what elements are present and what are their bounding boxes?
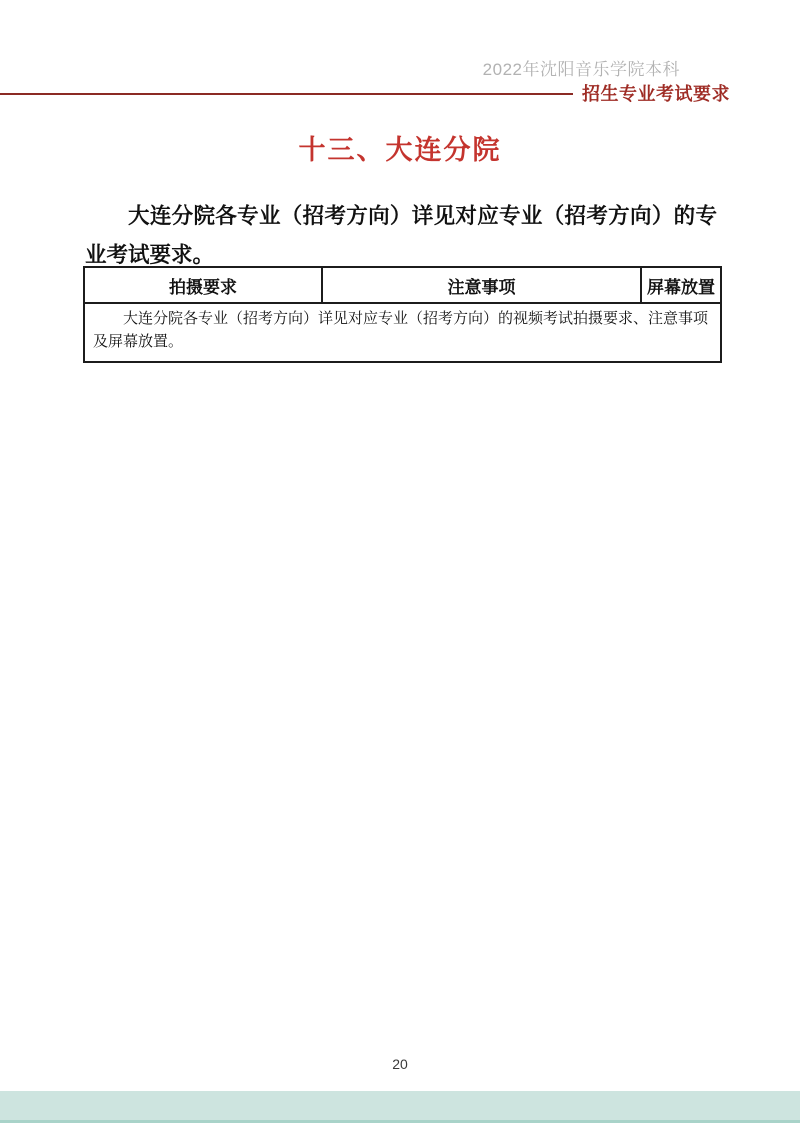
table-header-row: 拍摄要求 注意事项 屏幕放置 [84,267,721,303]
table-body-cell: 大连分院各专业（招考方向）详见对应专业（招考方向）的视频考试拍摄要求、注意事项及… [84,303,721,362]
requirements-table: 拍摄要求 注意事项 屏幕放置 大连分院各专业（招考方向）详见对应专业（招考方向）… [83,266,722,363]
table-body-row: 大连分院各专业（招考方向）详见对应专业（招考方向）的视频考试拍摄要求、注意事项及… [84,303,721,362]
header-doc-title: 2022年沈阳音乐学院本科 [483,60,680,80]
document-page: 2022年沈阳音乐学院本科 招生专业考试要求 十三、大连分院 大连分院各专业（招… [0,0,800,1123]
page-number: 20 [0,1056,800,1072]
header-rule-line [0,93,573,95]
header-doc-subtitle: 招生专业考试要求 [582,84,730,104]
footer-band-light [0,1091,800,1120]
column-header-screen-placement: 屏幕放置 [641,267,721,303]
intro-paragraph: 大连分院各专业（招考方向）详见对应专业（招考方向）的专业考试要求。 [85,197,717,275]
section-title: 十三、大连分院 [0,134,800,166]
column-header-notes: 注意事项 [322,267,641,303]
column-header-shooting-requirements: 拍摄要求 [84,267,322,303]
